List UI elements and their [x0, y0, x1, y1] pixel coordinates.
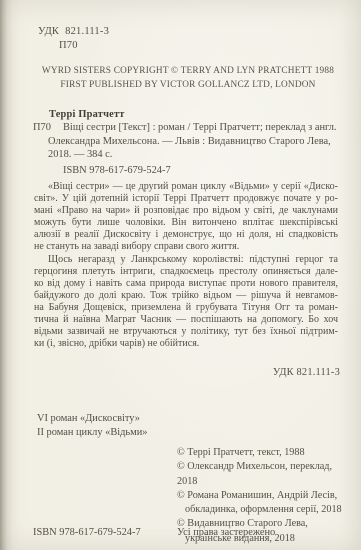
- copyright-line: © Романа Романишин, Андрій Лесів,: [177, 489, 353, 503]
- series-block: VI роман «Дискосвіту» II роман циклу «Ві…: [37, 412, 148, 439]
- english-publisher-line: FIRST PUBLISHED BY VICTOR GOLLANCZ LTD, …: [34, 79, 342, 93]
- annotation-line: «Віщі сестри» — це другий роман циклу «В…: [34, 181, 338, 193]
- annotation-line: герцогиня плетуть інтриги, спадкоємець п…: [34, 266, 338, 278]
- catalog-entry-line: П70 Віщі сестри [Текст] : роман / Террі …: [33, 121, 339, 134]
- catalog-entry-line: Олександра Михельсона. — Львів : Видавни…: [33, 135, 339, 148]
- top-udk-block: УДК821.111-3 П70: [38, 25, 109, 52]
- catalog-title-line: Віщі сестри [Текст] : роман / Террі Прат…: [63, 122, 337, 133]
- rights-reserved-note: Усі права застережено: [177, 527, 275, 538]
- book-imprint-page: УДК821.111-3 П70 WYRD SISTERS COPYRIGHT …: [0, 0, 361, 550]
- copyright-line: © Террі Пратчетт, текст, 1988: [177, 446, 353, 460]
- annotation-line: не стануть на заваді вибору справи свого…: [34, 241, 338, 253]
- annotation-line: мані «Право на чари» й розповідає про ві…: [34, 205, 338, 217]
- annotation-line: ко від дому і навіть сама природа виступ…: [34, 278, 338, 290]
- annotation-line: на Бабуня Дощевіск, приземлена й грубува…: [34, 302, 338, 314]
- copyright-line-continuation: обкладинка, оформлення серії, 2018: [177, 503, 353, 517]
- annotation-line: світ». У цій дотепній історії Террі Прат…: [34, 193, 338, 205]
- annotation-line: можуть бути лише чоловіки. Він витончено…: [34, 217, 338, 229]
- catalog-entry-line: 2018. — 384 с.: [33, 148, 339, 161]
- annotation-line: байдужого до долі краю. Тож трійко відьо…: [34, 290, 338, 302]
- catalog-code: П70: [33, 121, 51, 134]
- annotation-line: Щось негаразд у Ланкрському королівстві:…: [34, 254, 338, 266]
- series-line-witches: II роман циклу «Відьми»: [37, 426, 148, 440]
- english-copyright-line: WYRD SISTERS COPYRIGHT © TERRY AND LYN P…: [34, 65, 342, 79]
- copyright-line: © Олександр Михельсон, переклад, 2018: [177, 460, 353, 489]
- bbk-code: П70: [38, 39, 109, 53]
- annotation-line: алюзії в реалії Дискосвіту і демонструє,…: [34, 229, 338, 241]
- series-line-discworld: VI роман «Дискосвіту»: [37, 412, 148, 426]
- udk-value: 821.111-3: [65, 26, 109, 37]
- udk-line: УДК821.111-3: [38, 25, 109, 39]
- catalog-isbn: ISBN 978-617-679-524-7: [33, 164, 339, 177]
- udk-bottom: УДК 821.111-3: [273, 367, 340, 378]
- annotation-line: ки (і, звісно, дрібки чарів) не обійтися…: [34, 338, 338, 350]
- annotation-block: «Віщі сестри» — це другий роман циклу «В…: [34, 181, 338, 350]
- catalog-card: Террі Пратчетт П70 Віщі сестри [Текст] :…: [33, 108, 339, 177]
- annotation-line: тична й наївна Маграт Часник — поспішают…: [34, 314, 338, 326]
- footer-isbn: ISBN 978-617-679-524-7: [33, 527, 141, 538]
- annotation-line: відьми зазвичай не втручаються у політик…: [34, 326, 338, 338]
- author-name: Террі Пратчетт: [33, 108, 339, 121]
- english-copyright-block: WYRD SISTERS COPYRIGHT © TERRY AND LYN P…: [34, 65, 342, 92]
- udk-label: УДК: [38, 26, 59, 37]
